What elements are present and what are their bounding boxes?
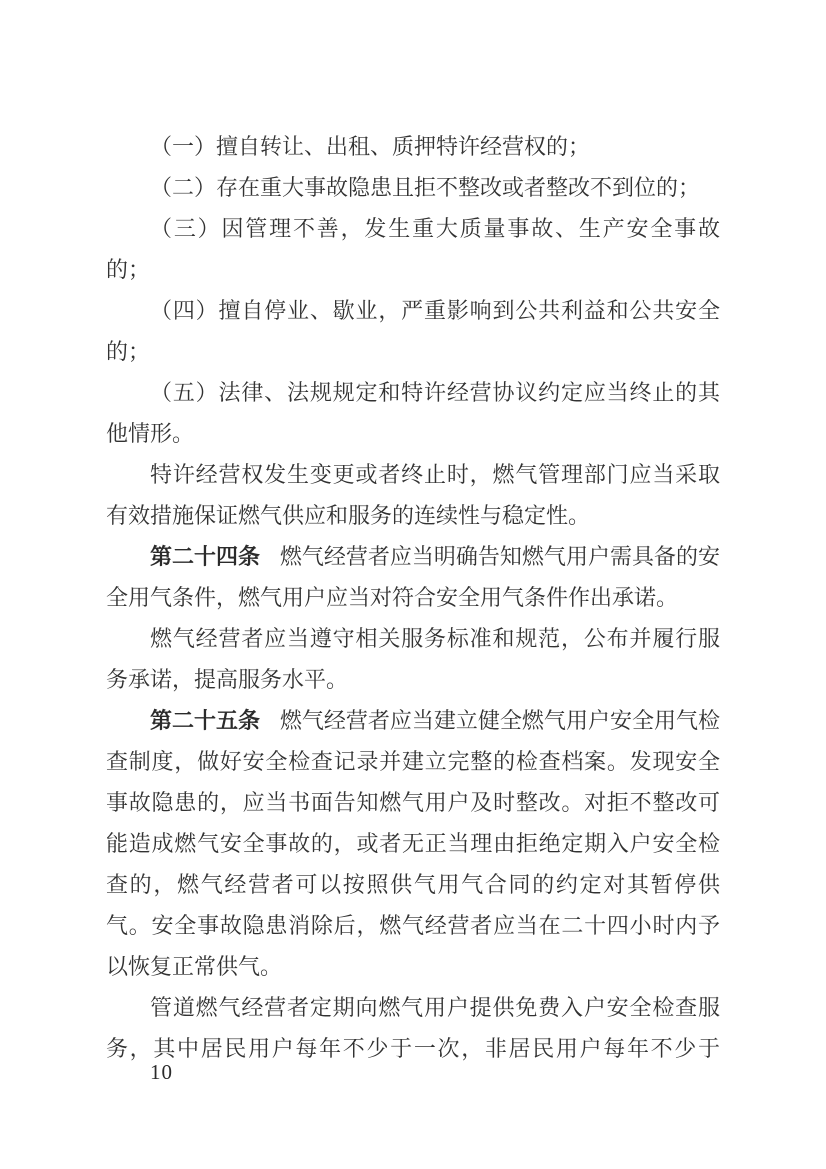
paragraph: （三）因管理不善，发生重大质量事故、生产安全事故的；	[106, 208, 720, 290]
paragraph-text: （四）擅自停业、歇业，严重影响到公共利益和公共安全的；	[106, 298, 720, 364]
article-number: 第二十五条	[150, 708, 260, 733]
paragraph: （五）法律、法规规定和特许经营协议约定应当终止的其他情形。	[106, 372, 720, 454]
paragraph-text: 燃气经营者应当遵守相关服务标准和规范，公布并履行服务承诺，提高服务水平。	[106, 626, 720, 692]
paragraph: （一）擅自转让、出租、质押特许经营权的；	[106, 126, 720, 167]
paragraph: （二）存在重大事故隐患且拒不整改或者整改不到位的；	[106, 167, 720, 208]
paragraph-text: 特许经营权发生变更或者终止时，燃气管理部门应当采取有效措施保证燃气供应和服务的连…	[106, 462, 720, 528]
paragraph: 特许经营权发生变更或者终止时，燃气管理部门应当采取有效措施保证燃气供应和服务的连…	[106, 454, 720, 536]
paragraph-text: （五）法律、法规规定和特许经营协议约定应当终止的其他情形。	[106, 380, 720, 446]
page-number: 10	[150, 1060, 173, 1085]
article-number: 第二十四条	[150, 544, 260, 569]
paragraph-text: 管道燃气经营者定期向燃气用户提供免费入户安全检查服务，其中居民用户每年不少于一次…	[106, 995, 720, 1061]
paragraph-text: （一）擅自转让、出租、质押特许经营权的；	[150, 134, 590, 159]
paragraph-text: 燃气经营者应当建立健全燃气用户安全用气检查制度，做好安全检查记录并建立完整的检查…	[106, 708, 720, 979]
paragraph: 第二十五条燃气经营者应当建立健全燃气用户安全用气检查制度，做好安全检查记录并建立…	[106, 700, 720, 987]
document-page: （一）擅自转让、出租、质押特许经营权的；（二）存在重大事故隐患且拒不整改或者整改…	[0, 0, 826, 1169]
paragraph: （四）擅自停业、歇业，严重影响到公共利益和公共安全的；	[106, 290, 720, 372]
paragraph-text: （三）因管理不善，发生重大质量事故、生产安全事故的；	[106, 216, 720, 282]
paragraph: 管道燃气经营者定期向燃气用户提供免费入户安全检查服务，其中居民用户每年不少于一次…	[106, 987, 720, 1069]
paragraph: 第二十四条燃气经营者应当明确告知燃气用户需具备的安全用气条件，燃气用户应当对符合…	[106, 536, 720, 618]
paragraph: 燃气经营者应当遵守相关服务标准和规范，公布并履行服务承诺，提高服务水平。	[106, 618, 720, 700]
paragraph-text: （二）存在重大事故隐患且拒不整改或者整改不到位的；	[150, 175, 700, 200]
document-body: （一）擅自转让、出租、质押特许经营权的；（二）存在重大事故隐患且拒不整改或者整改…	[106, 126, 720, 1069]
